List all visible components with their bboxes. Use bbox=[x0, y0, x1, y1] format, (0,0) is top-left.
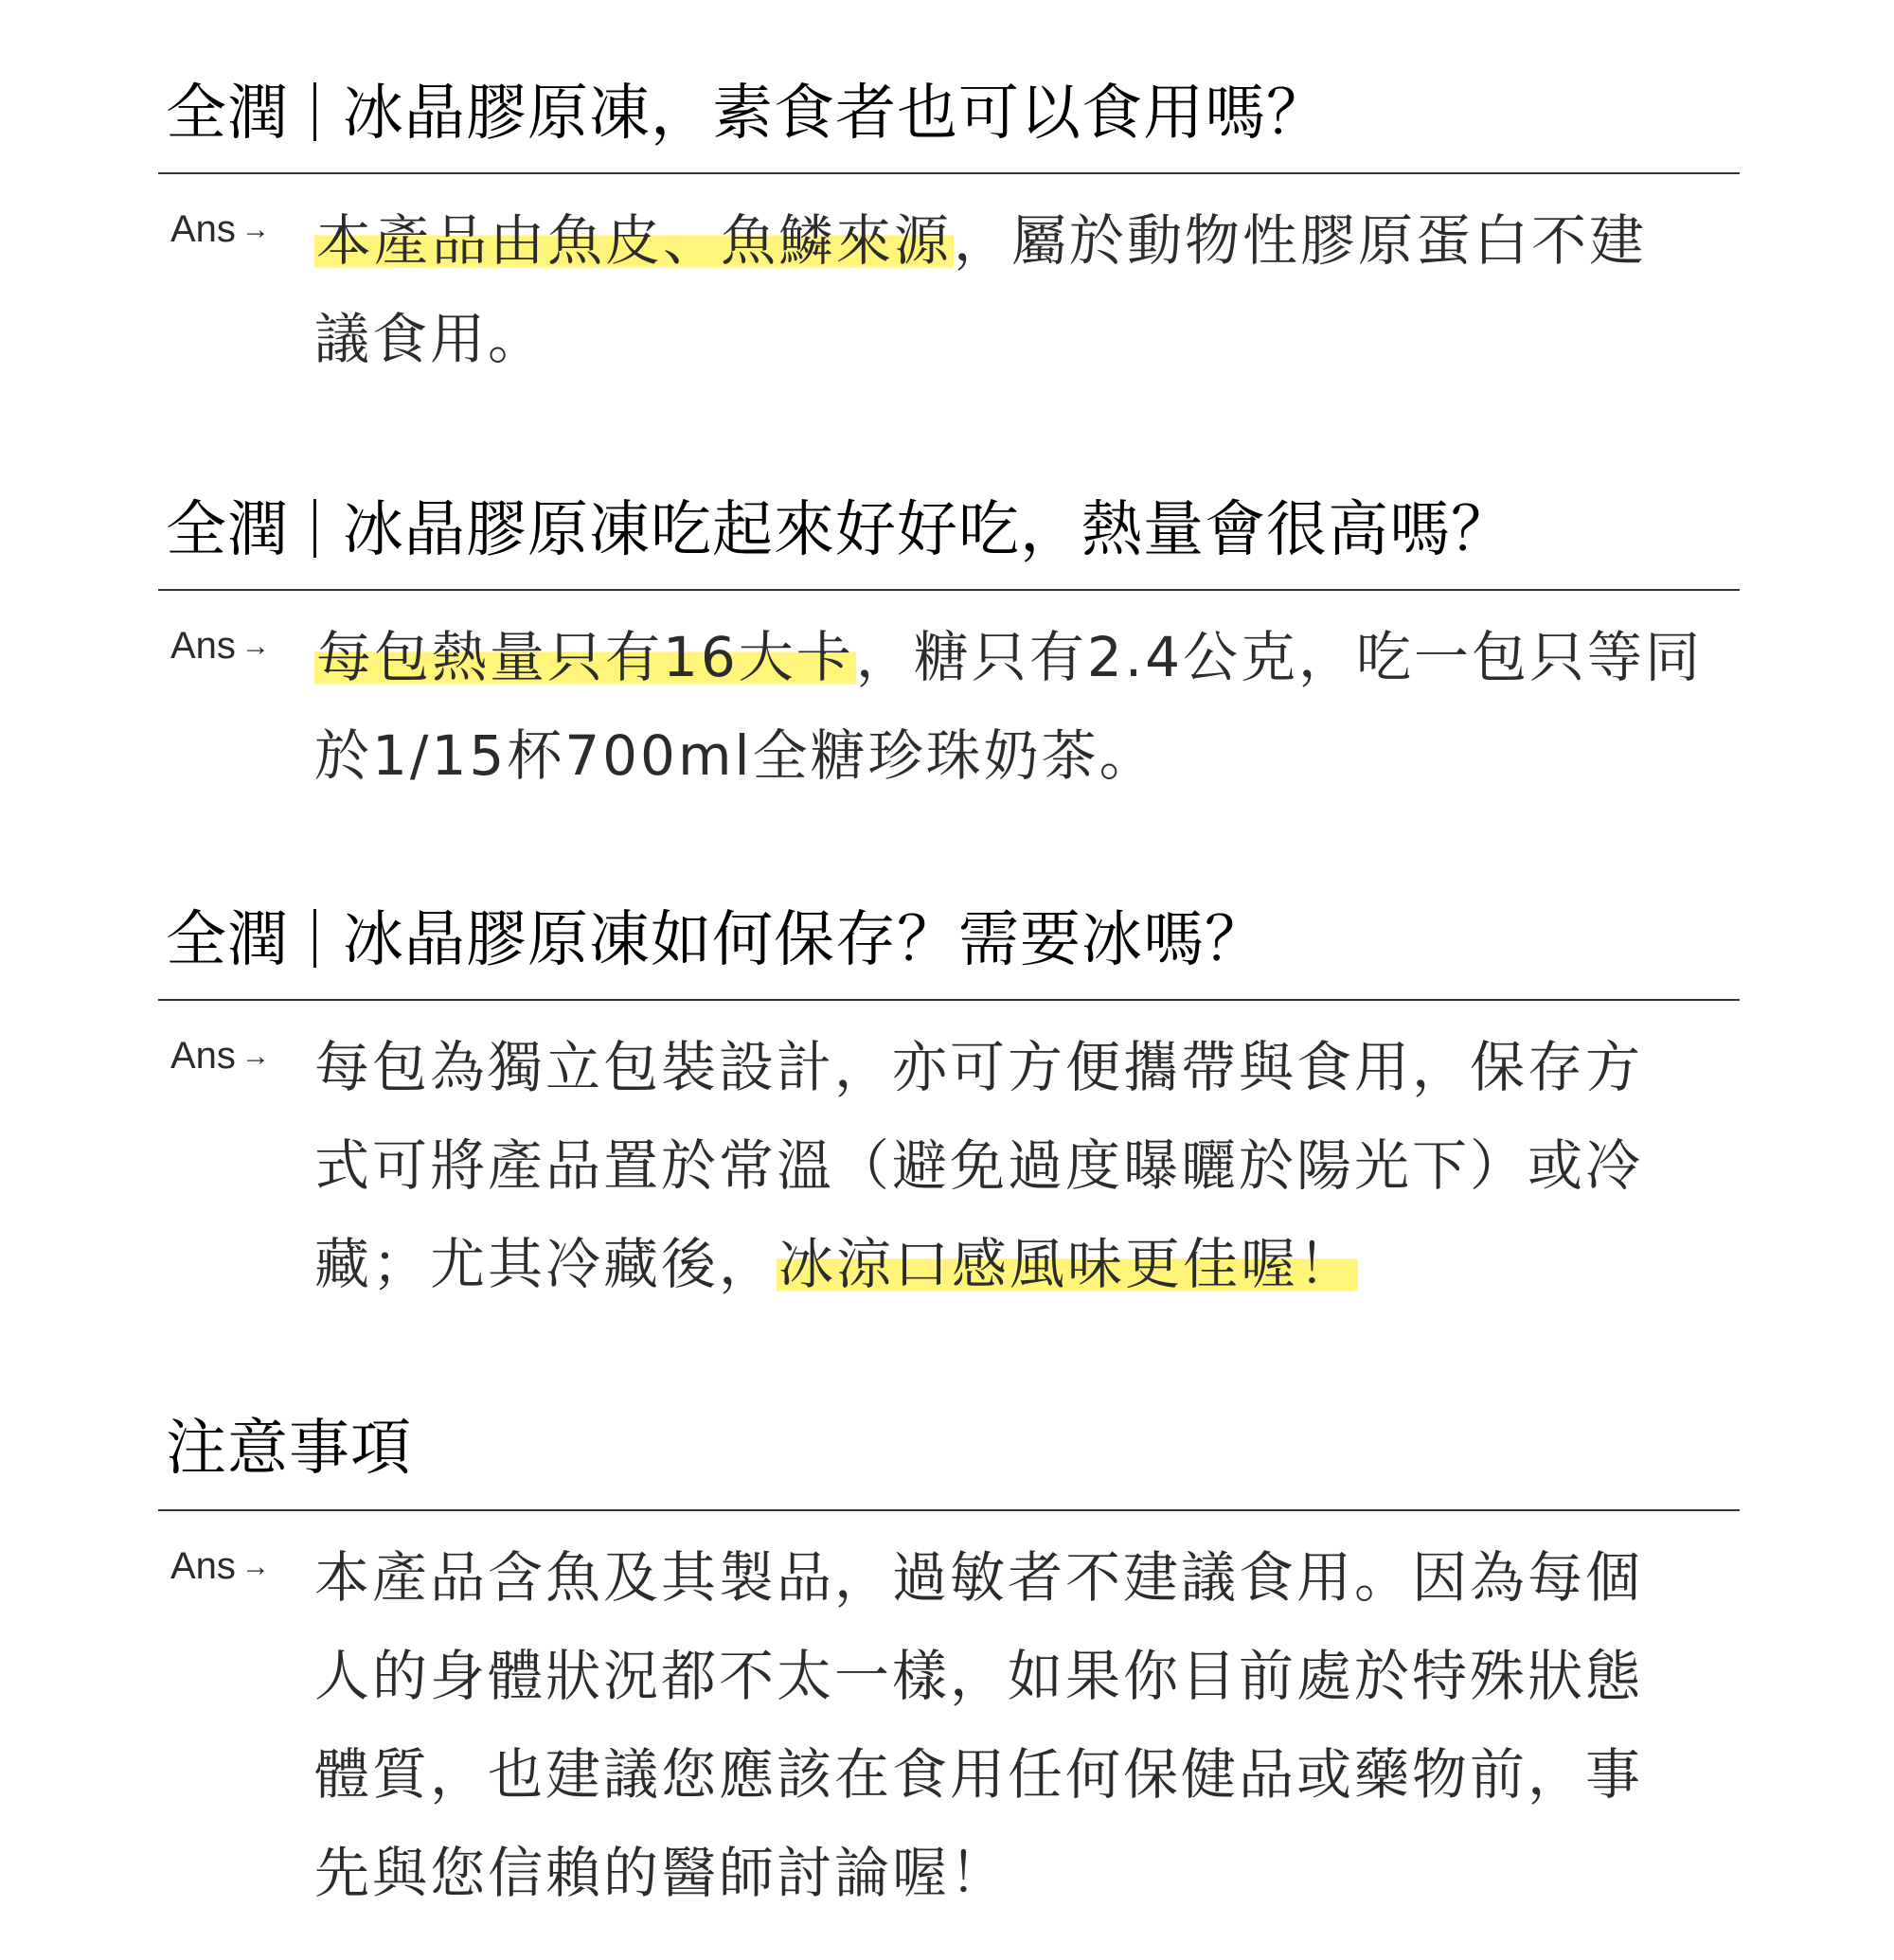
answer-text: 每包熱量只有16大卡，糖只有2.4公克，吃一包只等同 於1/15杯700ml全糖… bbox=[314, 608, 1792, 805]
divider-rule bbox=[158, 999, 1740, 1001]
answer-line: 先與您信賴的醫師討論喔！ bbox=[314, 1824, 1792, 1922]
arrow-right-icon: → bbox=[241, 1041, 270, 1072]
divider-rule bbox=[158, 1509, 1740, 1511]
answer-line-text: 式可將產品置於常溫（避免過度曝曬於陽光下）或冷 bbox=[314, 1133, 1643, 1198]
answer-line: 於1/15杯700ml全糖珍珠奶茶。 bbox=[314, 706, 1792, 805]
arrow-right-icon: → bbox=[241, 214, 270, 245]
arrow-right-icon: → bbox=[241, 631, 270, 662]
ans-label: Ans→ bbox=[170, 205, 270, 254]
ans-label: Ans→ bbox=[170, 1032, 270, 1080]
question-title: 全潤冰晶膠原凍吃起來好好吃，熱量會很高嗎？ bbox=[166, 492, 1512, 568]
ans-label: Ans→ bbox=[170, 1542, 270, 1591]
answer-line: 式可將產品置於常溫（避免過度曝曬於陽光下）或冷 bbox=[314, 1116, 1792, 1215]
answer-line: 藏；尤其冷藏後，冰涼口感風味更佳喔！ bbox=[314, 1215, 1792, 1313]
question-title: 全潤冰晶膠原凍如何保存？需要冰嗎？ bbox=[166, 902, 1266, 978]
answer-line: 人的身體狀況都不太一樣，如果你目前處於特殊狀態 bbox=[314, 1627, 1792, 1725]
ans-label: Ans→ bbox=[170, 622, 270, 670]
answer-text: 每包為獨立包裝設計，亦可方便攜帶與食用，保存方 式可將產品置於常溫（避免過度曝曬… bbox=[314, 1018, 1792, 1313]
answer-line-text: ，屬於動物性膠原蛋白不建 bbox=[954, 208, 1647, 273]
highlighted-text: 冰涼口感風味更佳喔！ bbox=[777, 1232, 1358, 1296]
question-text: 冰晶膠原凍，素食者也可以食用嗎？ bbox=[343, 79, 1328, 149]
title-separator bbox=[313, 909, 316, 968]
highlighted-text: 每包熱量只有16大卡 bbox=[314, 625, 856, 689]
answer-line-text: 於1/15杯700ml全糖珍珠奶茶。 bbox=[314, 723, 1157, 788]
answer-line: 每包熱量只有16大卡，糖只有2.4公克，吃一包只等同 bbox=[314, 608, 1792, 706]
title-separator bbox=[313, 82, 316, 141]
answer-line: 議食用。 bbox=[314, 290, 1792, 388]
answer-text: 本產品含魚及其製品，過敏者不建議食用。因為每個 人的身體狀況都不太一樣，如果你目… bbox=[314, 1528, 1792, 1922]
answer-line: 本產品含魚及其製品，過敏者不建議食用。因為每個 bbox=[314, 1528, 1792, 1627]
brand-name: 全潤 bbox=[166, 902, 289, 978]
question-text: 冰晶膠原凍如何保存？需要冰嗎？ bbox=[343, 905, 1266, 975]
divider-rule bbox=[158, 589, 1740, 591]
ans-text: Ans bbox=[170, 1035, 236, 1077]
brand-name: 全潤 bbox=[166, 76, 289, 151]
answer-line-text: 議食用。 bbox=[314, 307, 545, 371]
answer-text: 本產品由魚皮、魚鱗來源，屬於動物性膠原蛋白不建 議食用。 bbox=[314, 191, 1792, 388]
brand-name: 全潤 bbox=[166, 492, 289, 568]
ans-text: Ans bbox=[170, 1545, 236, 1587]
ans-text: Ans bbox=[170, 208, 236, 250]
question-text: 冰晶膠原凍吃起來好好吃，熱量會很高嗎？ bbox=[343, 495, 1512, 565]
answer-line: 體質，也建議您應該在食用任何保健品或藥物前，事 bbox=[314, 1725, 1792, 1824]
divider-rule bbox=[158, 172, 1740, 174]
answer-line: 每包為獨立包裝設計，亦可方便攜帶與食用，保存方 bbox=[314, 1018, 1792, 1116]
answer-line-text: 每包為獨立包裝設計，亦可方便攜帶與食用，保存方 bbox=[314, 1035, 1643, 1099]
ans-text: Ans bbox=[170, 625, 236, 667]
title-separator bbox=[313, 499, 316, 558]
question-title: 全潤冰晶膠原凍，素食者也可以食用嗎？ bbox=[166, 76, 1328, 151]
answer-line-text: ，糖只有2.4公克，吃一包只等同 bbox=[856, 625, 1703, 689]
highlighted-text: 本產品由魚皮、魚鱗來源 bbox=[314, 208, 954, 273]
notice-title: 注意事項 bbox=[166, 1411, 412, 1487]
answer-line: 本產品由魚皮、魚鱗來源，屬於動物性膠原蛋白不建 bbox=[314, 191, 1792, 290]
arrow-right-icon: → bbox=[241, 1551, 270, 1582]
answer-line-text: 藏；尤其冷藏後， bbox=[314, 1232, 777, 1296]
